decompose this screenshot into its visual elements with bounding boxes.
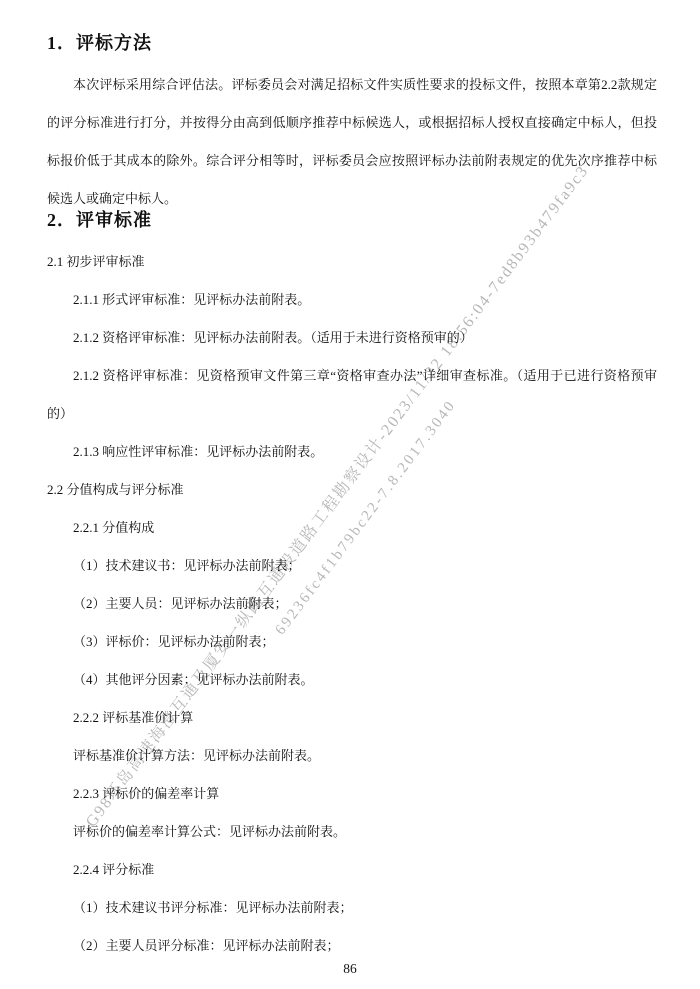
clause-line: 2.1.1 形式评审标准：见评标办法前附表。 [47, 281, 657, 319]
clause-line: 2.2.2 评标基准价计算 [47, 699, 657, 737]
section-2-body: 2.1 初步评审标准2.1.1 形式评审标准：见评标办法前附表。2.1.2 资格… [47, 243, 657, 965]
clause-line: （2）主要人员评分标准：见评标办法前附表； [47, 927, 657, 965]
clause-line: 2.1 初步评审标准 [47, 243, 657, 281]
clause-line: 2.1.3 响应性评审标准：见评标办法前附表。 [47, 433, 657, 471]
clause-line: （4）其他评分因素：见评标办法前附表。 [47, 661, 657, 699]
section-1-paragraph: 本次评标采用综合评估法。评标委员会对满足招标文件实质性要求的投标文件，按照本章第… [47, 66, 657, 218]
clause-line: 2.1.2 资格评审标准：见资格预审文件第三章“资格审查办法”详细审查标准。（适… [47, 357, 657, 433]
page-number: 86 [0, 961, 700, 977]
section-2-heading: 2．评审标准 [47, 207, 657, 233]
clause-line: 2.2.4 评分标准 [47, 851, 657, 889]
clause-line: （3）评标价：见评标办法前附表； [47, 623, 657, 661]
clause-line: 评标价的偏差率计算公式：见评标办法前附表。 [47, 813, 657, 851]
section-1-heading: 1．评标方法 [47, 30, 657, 56]
clause-line: 2.2.3 评标价的偏差率计算 [47, 775, 657, 813]
clause-line: （2）主要人员：见评标办法前附表； [47, 585, 657, 623]
clause-line: 2.1.2 资格评审标准：见评标办法前附表。（适用于未进行资格预审的） [47, 319, 657, 357]
clause-line: （1）技术建议书评分标准：见评标办法前附表； [47, 889, 657, 927]
document-page: 1．评标方法 本次评标采用综合评估法。评标委员会对满足招标文件实质性要求的投标文… [0, 0, 657, 965]
clause-line: （1）技术建议书：见评标办法前附表； [47, 547, 657, 585]
clause-line: 2.2 分值构成与评分标准 [47, 471, 657, 509]
clause-line: 2.2.1 分值构成 [47, 509, 657, 547]
clause-line: 评标基准价计算方法：见评标办法前附表。 [47, 737, 657, 775]
